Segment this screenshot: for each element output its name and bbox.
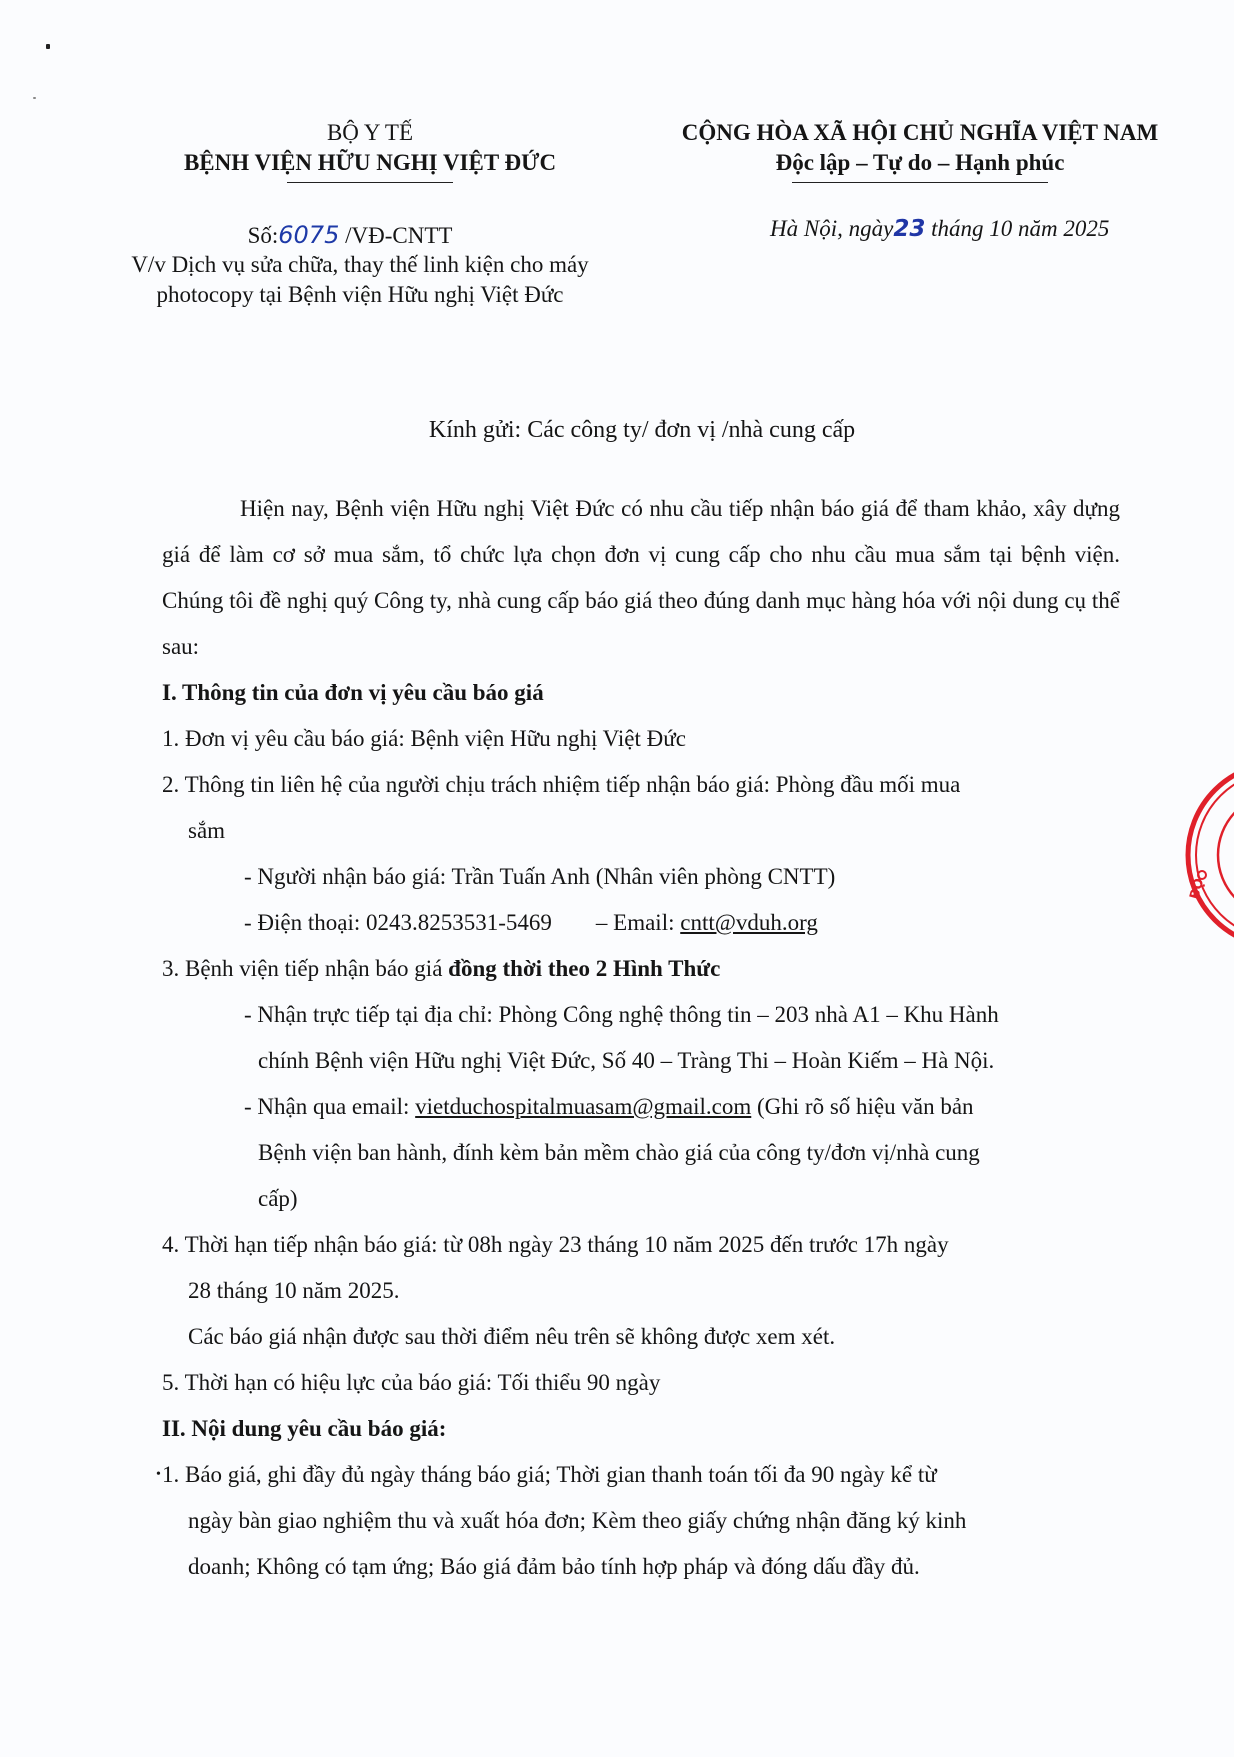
nation-title: CỘNG HÒA XÃ HỘI CHỦ NGHĨA VIỆT NAM [640,118,1200,148]
motto-divider [792,182,1048,183]
list-item: 1. Đơn vị yêu cầu báo giá: Bệnh viện Hữu… [162,716,1120,762]
list-item: 4. Thời hạn tiếp nhận báo giá: từ 08h ng… [162,1222,1120,1268]
section-heading: I. Thông tin của đơn vị yêu cầu báo giá [162,670,1120,716]
document-subject: V/v Dịch vụ sửa chữa, thay thế linh kiện… [80,250,640,310]
list-item: •1. Báo giá, ghi đầy đủ ngày tháng báo g… [162,1452,1120,1498]
receiver-line: - Người nhận báo giá: Trần Tuấn Anh (Nhâ… [162,854,1120,900]
list-item-continuation: doanh; Không có tạm ứng; Báo giá đảm bảo… [162,1544,1120,1590]
header-divider [287,182,453,183]
item3-text: 3. Bệnh viện tiếp nhận báo giá [162,956,448,981]
number-suffix: /VĐ-CNTT [339,223,452,248]
document-body: Hiện nay, Bệnh viện Hữu nghị Việt Đức có… [162,486,1120,1590]
national-motto: Độc lập – Tự do – Hạnh phúc [640,148,1200,178]
ministry-name: BỘ Y TẾ [140,118,600,148]
document-page: BỘ Y TẾ BỆNH VIỆN HỮU NGHỊ VIỆT ĐỨC CỘNG… [0,0,1234,1757]
date-suffix: tháng 10 năm 2025 [925,216,1109,241]
list-item: 5. Thời hạn có hiệu lực của báo giá: Tối… [162,1360,1120,1406]
hospital-name: BỆNH VIỆN HỮU NGHỊ VIỆT ĐỨC [140,148,600,178]
submission-email-link[interactable]: vietduchospitalmuasam@gmail.com [415,1094,751,1119]
svg-text:BỘ: BỘ [1186,877,1207,901]
date-prefix: Hà Nội, ngày [770,216,893,241]
issuer-header: BỘ Y TẾ BỆNH VIỆN HỮU NGHỊ VIỆT ĐỨC [140,118,600,183]
deadline-note: Các báo giá nhận được sau thời điểm nêu … [162,1314,1120,1360]
email-submission-line: - Nhận qua email: vietduchospitalmuasam@… [162,1084,1120,1130]
intro-paragraph: Hiện nay, Bệnh viện Hữu nghị Việt Đức có… [162,486,1120,670]
email-recv-note: (Ghi rõ số hiệu văn bản [751,1094,973,1119]
handwritten-day: 23 [893,216,925,242]
email-submission-line: cấp) [162,1176,1120,1222]
scan-speck [33,97,36,99]
number-label: Số: [248,223,279,248]
salutation: Kính gửi: Các công ty/ đơn vị /nhà cung … [0,417,1234,444]
scan-mark: • [156,1452,161,1498]
email-submission-line: Bệnh viện ban hành, đính kèm bản mềm chà… [162,1130,1120,1176]
red-stamp-icon: BỘ [1180,755,1234,955]
list-item-continuation: 28 tháng 10 năm 2025. [162,1268,1120,1314]
contact-email-link[interactable]: cntt@vduh.org [680,910,818,935]
email-label: – Email: [596,910,680,935]
section-heading: II. Nội dung yêu cầu báo giá: [162,1406,1120,1452]
list-item-continuation: ngày bàn giao nghiệm thu và xuất hóa đơn… [162,1498,1120,1544]
item3-emphasis: đồng thời theo 2 Hình Thức [448,956,720,981]
contact-line: - Điện thoại: 0243.8253531-5469– Email: … [162,900,1120,946]
list-item: 3. Bệnh viện tiếp nhận báo giá đồng thời… [162,946,1120,992]
direct-submission-line: - Nhận trực tiếp tại địa chỉ: Phòng Công… [162,992,1120,1038]
list-item: 2. Thông tin liên hệ của người chịu trác… [162,762,1120,808]
handwritten-number: 6075 [278,221,339,249]
document-date: Hà Nội, ngày23 tháng 10 năm 2025 [770,214,1109,244]
subject-line: V/v Dịch vụ sửa chữa, thay thế linh kiện… [80,250,640,280]
direct-submission-line: chính Bệnh viện Hữu nghị Việt Đức, Số 40… [162,1038,1120,1084]
email-recv-label: - Nhận qua email: [244,1094,415,1119]
document-number: Số:6075 /VĐ-CNTT [100,220,600,251]
phone-number: - Điện thoại: 0243.8253531-5469 [244,910,552,935]
national-header: CỘNG HÒA XÃ HỘI CHỦ NGHĨA VIỆT NAM Độc l… [640,118,1200,183]
list-item-continuation: sắm [162,808,1120,854]
subject-line: photocopy tại Bệnh viện Hữu nghị Việt Đứ… [80,280,640,310]
scan-speck [46,44,50,49]
